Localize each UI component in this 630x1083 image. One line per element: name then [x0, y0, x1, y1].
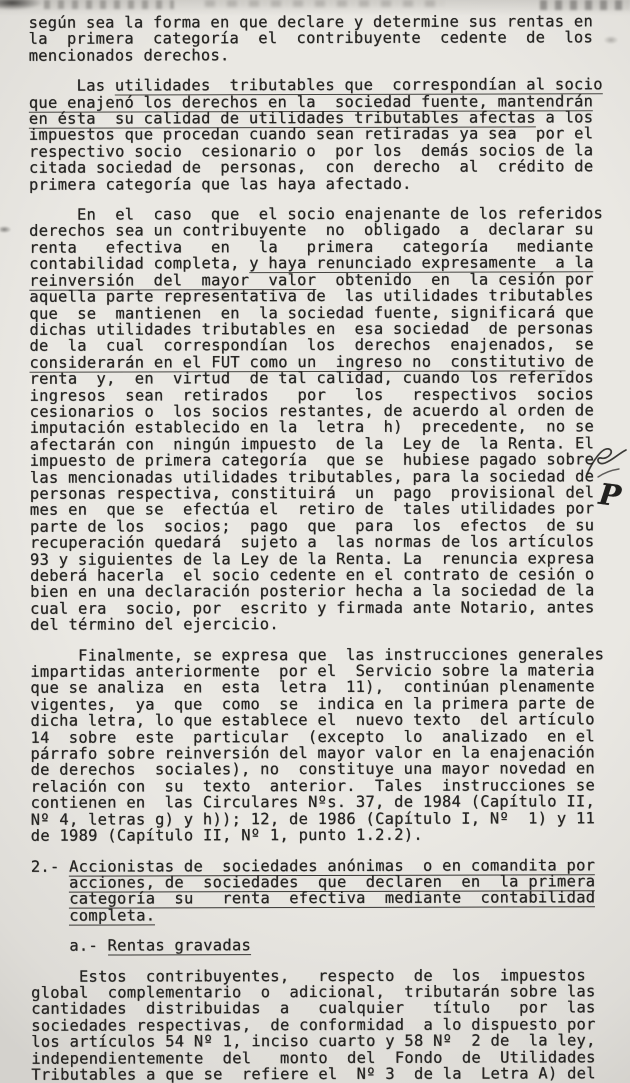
- scan-ghost-text-top-middle: [205, 0, 445, 7]
- paragraph-socio-enajenante: En el caso que el socio enajenante de lo…: [29, 205, 608, 633]
- text-line: de 1989 (Capítulo II, Nº 1, punto 1.2.2)…: [31, 826, 609, 844]
- scan-ghost-text-top-right: [540, 0, 630, 10]
- text-line: a.- Rentas gravadas: [31, 936, 609, 954]
- document-text-body: según sea la forma en que declare y dete…: [29, 13, 610, 1083]
- text-run: a los: [536, 108, 593, 126]
- text-run: primera categoría que las haya afectado.: [29, 174, 412, 193]
- text-run: 2.-: [31, 857, 69, 875]
- scan-ghost-text-top: [44, 0, 174, 9]
- underlined-text-run: completa.: [69, 906, 155, 925]
- paragraph-estos-contribuyentes: Estos contribuyentes, respecto de los im…: [31, 967, 609, 1083]
- text-line: mencionados derechos.: [29, 46, 607, 64]
- text-run: a.-: [31, 937, 108, 955]
- text-run: Tributables a que se refiere el Nº 3 de …: [31, 1064, 595, 1083]
- text-run: Las: [29, 77, 115, 95]
- paragraph-finalmente: Finalmente, se expresa que las instrucci…: [30, 646, 609, 844]
- text-line: primera categoría que las haya afectado.: [29, 175, 607, 193]
- text-run: del término del ejercicio.: [30, 615, 279, 634]
- text-line: la primera categoría el contribuyente ce…: [29, 30, 607, 48]
- subheading-a-rentas-gravadas: a.- Rentas gravadas: [31, 936, 609, 954]
- text-run: mencionados derechos.: [29, 46, 230, 65]
- paragraph-intro: según sea la forma en que declare y dete…: [29, 13, 607, 64]
- text-run: la primera categoría el contribuyente ce…: [29, 29, 593, 48]
- margin-annotation-letter-p: P: [597, 477, 623, 513]
- text-line: categoría su renta efectiva mediante con…: [31, 890, 609, 908]
- scan-speck-left-margin: [0, 226, 11, 233]
- text-run: cual era socio, por escrito y firmada an…: [30, 598, 594, 617]
- text-run: contabilidad completa,: [29, 254, 249, 273]
- scan-smudge-top-left: [0, 0, 42, 10]
- text-run: [31, 890, 69, 908]
- text-line: cual era socio, por escrito y firmada an…: [30, 599, 608, 617]
- text-line: completa.: [31, 906, 609, 924]
- underlined-text-run: Rentas gravadas: [108, 936, 252, 955]
- text-line: del término del ejercicio.: [30, 615, 608, 633]
- paragraph-utilidades-tributables: Las utilidades tributables que correspon…: [29, 76, 607, 192]
- scanned-document-page: según sea la forma en que declare y dete…: [0, 0, 630, 1083]
- text-run: [31, 874, 69, 892]
- text-run: [31, 906, 69, 924]
- text-line: Tributables a que se refiere el Nº 3 de …: [31, 1065, 609, 1083]
- text-run: de: [565, 352, 594, 370]
- heading-2-accionistas: 2.- Accionistas de sociedades anónimas o…: [31, 857, 609, 924]
- text-run: de 1989 (Capítulo II, Nº 1, punto 1.2.2)…: [31, 826, 423, 845]
